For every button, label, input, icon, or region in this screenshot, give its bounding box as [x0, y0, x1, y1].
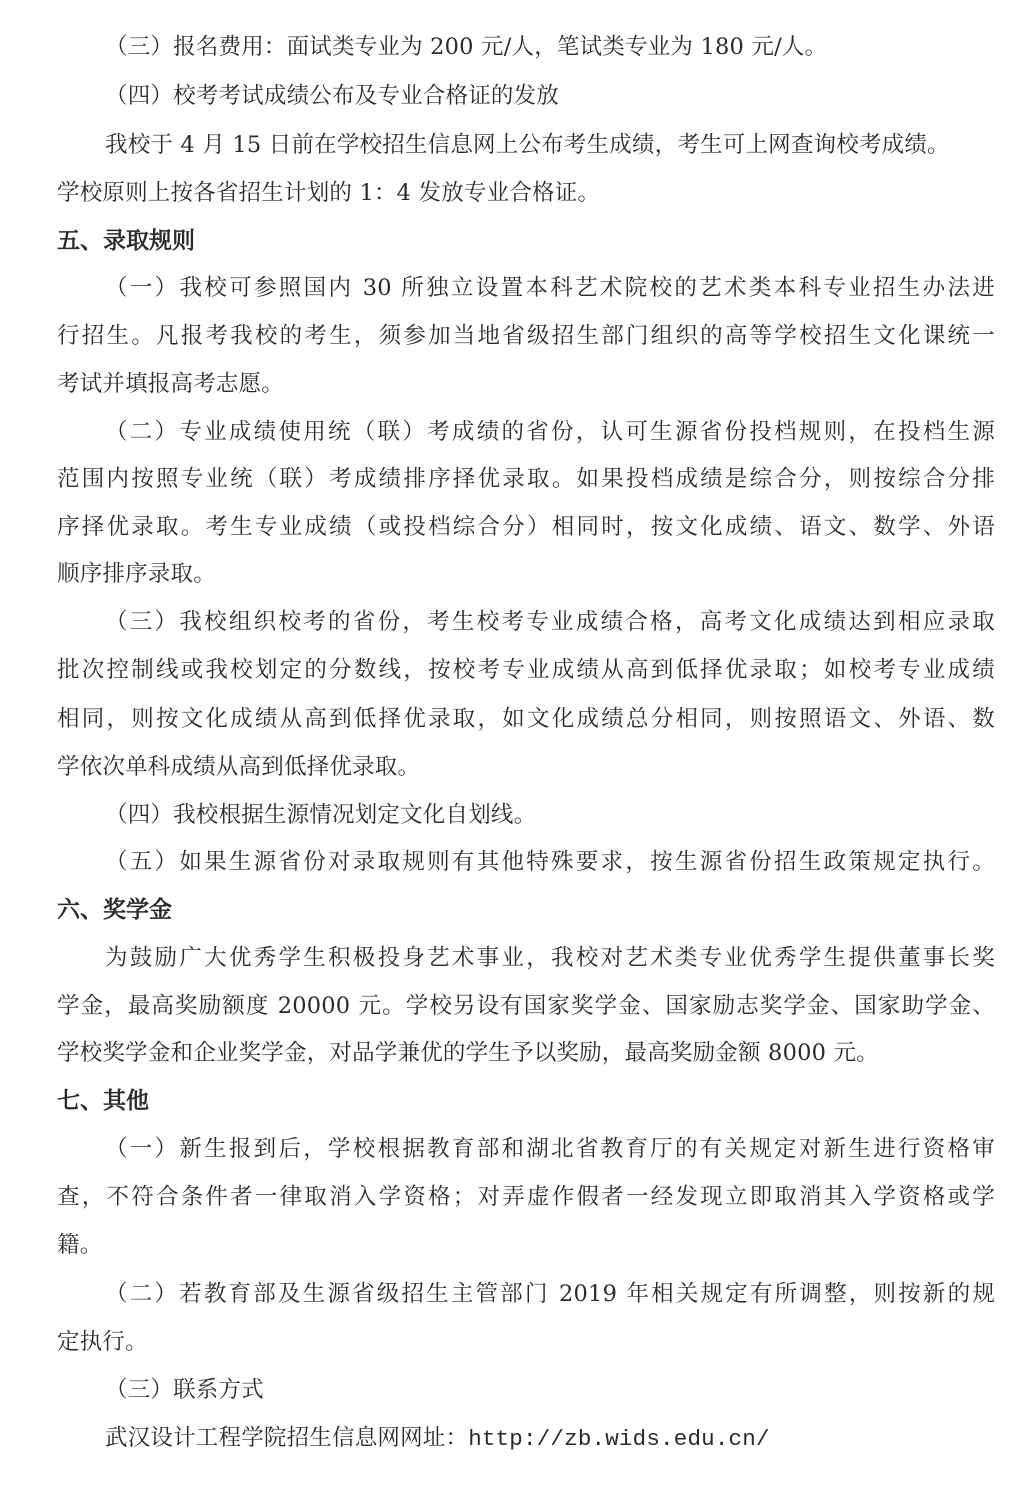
paragraph-line: 范围内按照专业统（联）考成绩排序择优录取。如果投档成绩是综合分，则按综合分排 [57, 459, 995, 499]
line-registration-fee: （三）报名费用：面试类专业为 200 元/人，笔试类专业为 180 元/人。 [105, 27, 1035, 67]
paragraph-line: 顺序排序录取。 [57, 554, 997, 594]
paragraph-line: 序择优录取。考生专业成绩（或投档综合分）相同时，按文化成绩、语文、数学、外语 [57, 507, 995, 547]
document-page: （三）报名费用：面试类专业为 200 元/人，笔试类专业为 180 元/人。 （… [0, 0, 1035, 1494]
paragraph-line: （三）我校组织校考的省份，考生校考专业成绩合格，高考文化成绩达到相应录取 [105, 602, 995, 642]
paragraph-line: 考试并填报高考志愿。 [57, 364, 997, 404]
paragraph-line: （一）我校可参照国内 30 所独立设置本科艺术院校的艺术类本科专业招生办法进 [105, 268, 995, 308]
paragraph-line: 定执行。 [57, 1322, 997, 1362]
paragraph-line: 行招生。凡报考我校的考生，须参加当地省级招生部门组织的高等学校招生文化课统一 [57, 316, 995, 356]
paragraph-line: （五）如果生源省份对录取规则有其他特殊要求，按生源省份招生政策规定执行。 [105, 842, 995, 882]
line-certificate-ratio: 学校原则上按各省招生计划的 1：4 发放专业合格证。 [57, 173, 997, 213]
paragraph-line: 学金，最高奖励额度 20000 元。学校另设有国家奖学金、国家励志奖学金、国家助… [57, 986, 995, 1026]
contact-heading: （三）联系方式 [105, 1370, 1035, 1410]
paragraph-line: 学依次单科成绩从高到低择优录取。 [57, 747, 997, 787]
section-heading-scholarship: 六、奖学金 [57, 890, 997, 930]
paragraph-line: 籍。 [57, 1225, 997, 1265]
paragraph-line: 批次控制线或我校划定的分数线，按校考专业成绩从高到低择优录取；如校考专业成绩 [57, 650, 995, 690]
paragraph-line: 相同，则按文化成绩从高到低择优录取，如文化成绩总分相同，则按照语文、外语、数 [57, 699, 995, 739]
contact-label: 武汉设计工程学院招生信息网网址： [105, 1425, 468, 1451]
paragraph-line: 查，不符合条件者一律取消入学资格；对弄虚作假者一经发现立即取消其入学资格或学 [57, 1177, 995, 1217]
paragraph-line: （二）专业成绩使用统（联）考成绩的省份，认可生源省份投档规则，在投档生源 [105, 412, 995, 452]
section-heading-admission-rules: 五、录取规则 [57, 221, 997, 261]
paragraph-line: （二）若教育部及生源省级招生主管部门 2019 年相关规定有所调整，则按新的规 [105, 1274, 995, 1314]
line-score-release: 我校于 4 月 15 日前在学校招生信息网上公布考生成绩，考生可上网查询校考成绩… [105, 125, 1035, 165]
contact-line: 武汉设计工程学院招生信息网网址：http://zb.wids.edu.cn/ [105, 1418, 1035, 1458]
line-score-announcement-heading: （四）校考考试成绩公布及专业合格证的发放 [105, 76, 1035, 116]
paragraph-line: （一）新生报到后，学校根据教育部和湖北省教育厅的有关规定对新生进行资格审 [105, 1129, 995, 1169]
paragraph-line: （四）我校根据生源情况划定文化自划线。 [105, 795, 1035, 835]
admissions-website-link[interactable]: http://zb.wids.edu.cn/ [468, 1426, 769, 1452]
section-heading-other: 七、其他 [57, 1081, 997, 1121]
paragraph-line: 学校奖学金和企业奖学金，对品学兼优的学生予以奖励，最高奖励金额 8000 元。 [57, 1033, 997, 1073]
paragraph-line: 为鼓励广大优秀学生积极投身艺术事业，我校对艺术类专业优秀学生提供董事长奖 [105, 938, 995, 978]
